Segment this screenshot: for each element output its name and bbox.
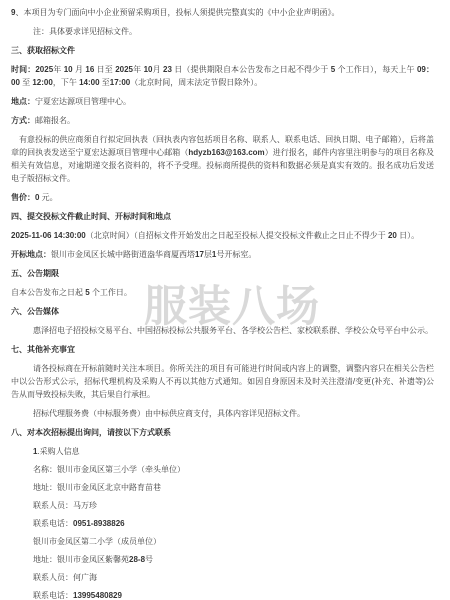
bid-opening-location-line: 开标地点：银川市金凤区长城中路街道盎华商厦西塔17层1号开标室。	[11, 248, 434, 261]
registration-paragraph: 有意投标的供应商须自行拟定回执表（回执表内容包括项目名称、联系人、联系电话、回执…	[11, 133, 434, 185]
registration-method-line: 方式：邮箱报名。	[11, 114, 434, 127]
agency-fee-line: 招标代理服务费（中标服务费）由中标供应商支付，具体内容详见招标文件。	[33, 407, 434, 420]
section-heading-get-documents: 三、获取招标文件	[11, 44, 434, 57]
note-line: 注：具体要求详见招标文件。	[33, 25, 434, 38]
member-contact-phone-line: 联系电话：13995480829	[33, 589, 434, 600]
section-heading-contact: 八、对本次招标提出询问，请按以下方式联系	[11, 426, 434, 439]
msme-reservation-clause: 9、本项目为专门面向中小企业预留采购项目，投标人须提供完整真实的《中小企业声明函…	[11, 6, 434, 19]
other-matters-paragraph: 请各投标商在开标前随时关注本项目。你所关注的项目有可能进行时间或内容上的调整，调…	[11, 362, 434, 401]
purchaser-name-line: 名称：银川市金凤区第三小学（牵头单位）	[33, 463, 434, 476]
purchaser-address-line: 地址：银川市金凤区北京中路育苗巷	[33, 481, 434, 494]
member-school-line: 银川市金凤区第二小学（成员单位）	[33, 535, 434, 548]
member-address-line: 地址：银川市金凤区紫馨苑28-8号	[33, 553, 434, 566]
document-location-line: 地点：宁夏宏达源项目管理中心。	[11, 95, 434, 108]
document-time-line: 时间：2025年 10 月 16 日至 2025年 10月 23 日（提供期限自…	[11, 63, 434, 89]
section-heading-other-matters: 七、其他补充事宜	[11, 343, 434, 356]
announcement-media-line: 惠泽招电子招投标交易平台、中国招标投标公共服务平台、各学校公告栏、家校联系群、学…	[33, 324, 434, 337]
announcement-period-line: 自本公告发布之日起 5 个工作日。	[11, 286, 434, 299]
purchaser-contact-person-line: 联系人员：马万珍	[33, 499, 434, 512]
purchaser-contact-phone-line: 联系电话：0951-8938826	[33, 517, 434, 530]
section-heading-announcement-period: 五、公告期限	[11, 267, 434, 280]
member-contact-person-line: 联系人员：何广海	[33, 571, 434, 584]
section-heading-submission-deadline: 四、提交投标文件截止时间、开标时间和地点	[11, 210, 434, 223]
purchaser-info-title: 1.采购人信息	[33, 445, 434, 458]
document-price-line: 售价：0 元。	[11, 191, 434, 204]
tender-announcement-document: 9、本项目为专门面向中小企业预留采购项目，投标人须提供完整真实的《中小企业声明函…	[0, 0, 450, 600]
submission-deadline-line: 2025-11-06 14:30:00（北京时间）（自招标文件开始发出之日起至投…	[11, 229, 434, 242]
section-heading-announcement-media: 六、公告媒体	[11, 305, 434, 318]
